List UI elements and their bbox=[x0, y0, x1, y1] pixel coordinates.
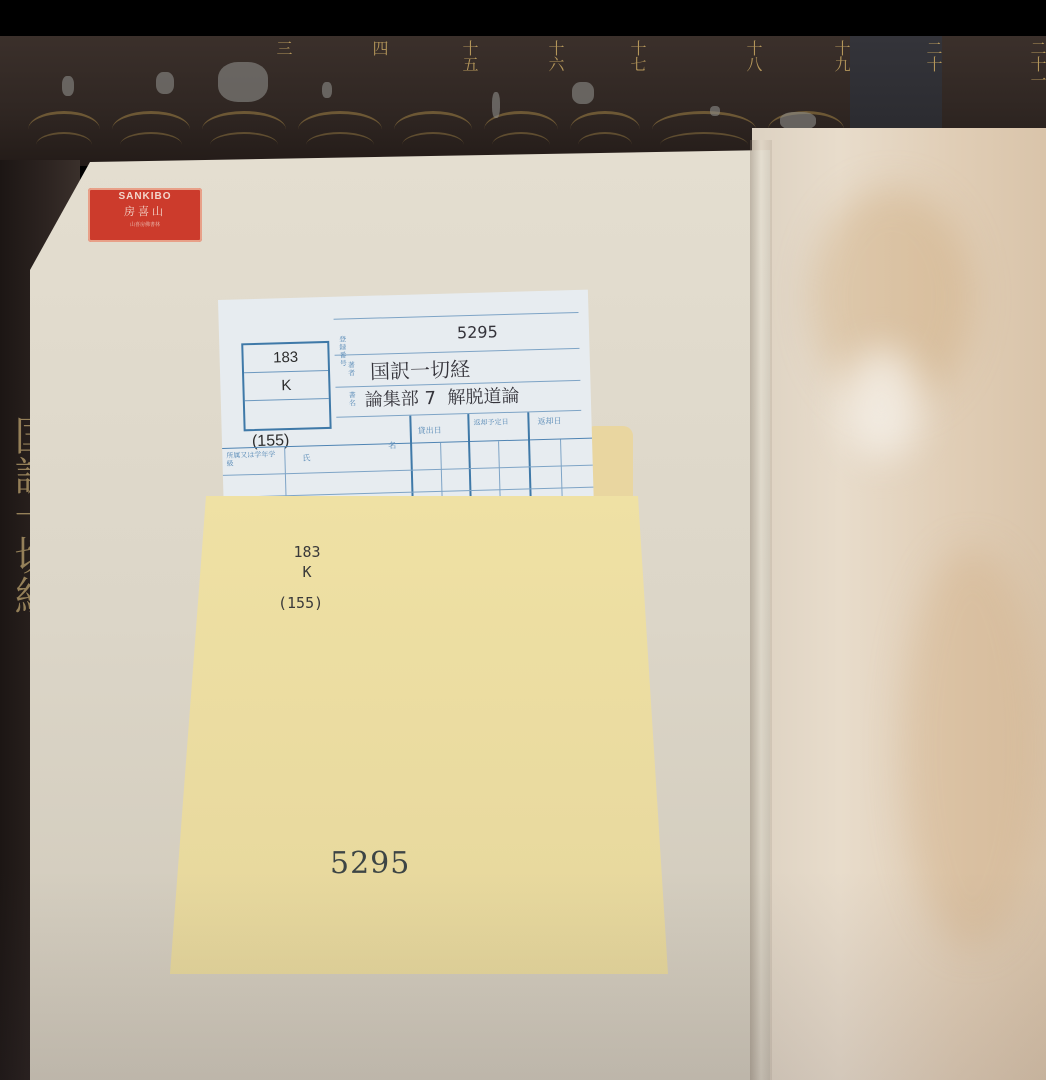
call-letter: K bbox=[244, 371, 329, 401]
book-spine: 十八 bbox=[646, 36, 764, 166]
title-handwritten: 論集部 7 解脱道論 bbox=[364, 382, 519, 412]
return-date-header: 返却日 bbox=[537, 415, 561, 427]
bookseller-stamp: SANKIBO 房喜山 山喜房佛書林 bbox=[88, 188, 202, 242]
author-handwritten: 国訳一切経 bbox=[370, 353, 471, 385]
book-spine bbox=[106, 36, 198, 166]
family-name-header: 氏 bbox=[302, 452, 310, 463]
due-date-header: 返却予定日 bbox=[473, 419, 517, 428]
book-spine: 三 bbox=[196, 36, 294, 166]
book-spine: 十五 bbox=[388, 36, 480, 166]
book-spine: 十六 bbox=[478, 36, 566, 166]
call-number-box: 183 K bbox=[241, 341, 331, 431]
call-extra bbox=[245, 399, 330, 429]
photo-shadow bbox=[0, 870, 1046, 1080]
pocket-volume-number: (155) bbox=[278, 594, 323, 612]
author-label: 著者 bbox=[348, 362, 360, 378]
registration-number: 5295 bbox=[457, 322, 498, 342]
pocket-call-number: 183 K bbox=[282, 542, 332, 582]
call-number: 183 bbox=[243, 343, 328, 373]
top-black-bar bbox=[0, 0, 1046, 36]
checkout-date-header: 貸出日 bbox=[418, 425, 442, 437]
given-name-header: 名 bbox=[388, 440, 396, 451]
checkout-card[interactable]: 183 K 登録番号 5295 著者 国訳一切経 書名 論集部 7 解脱道論 (… bbox=[218, 290, 594, 510]
affiliation-header: 所属又は学年学級 bbox=[226, 451, 280, 469]
book-spine: 四 bbox=[292, 36, 390, 166]
book-spine bbox=[22, 36, 108, 166]
title-label: 書名 bbox=[349, 392, 361, 408]
book-spine bbox=[0, 36, 24, 166]
book-spine: 十七 bbox=[564, 36, 648, 166]
